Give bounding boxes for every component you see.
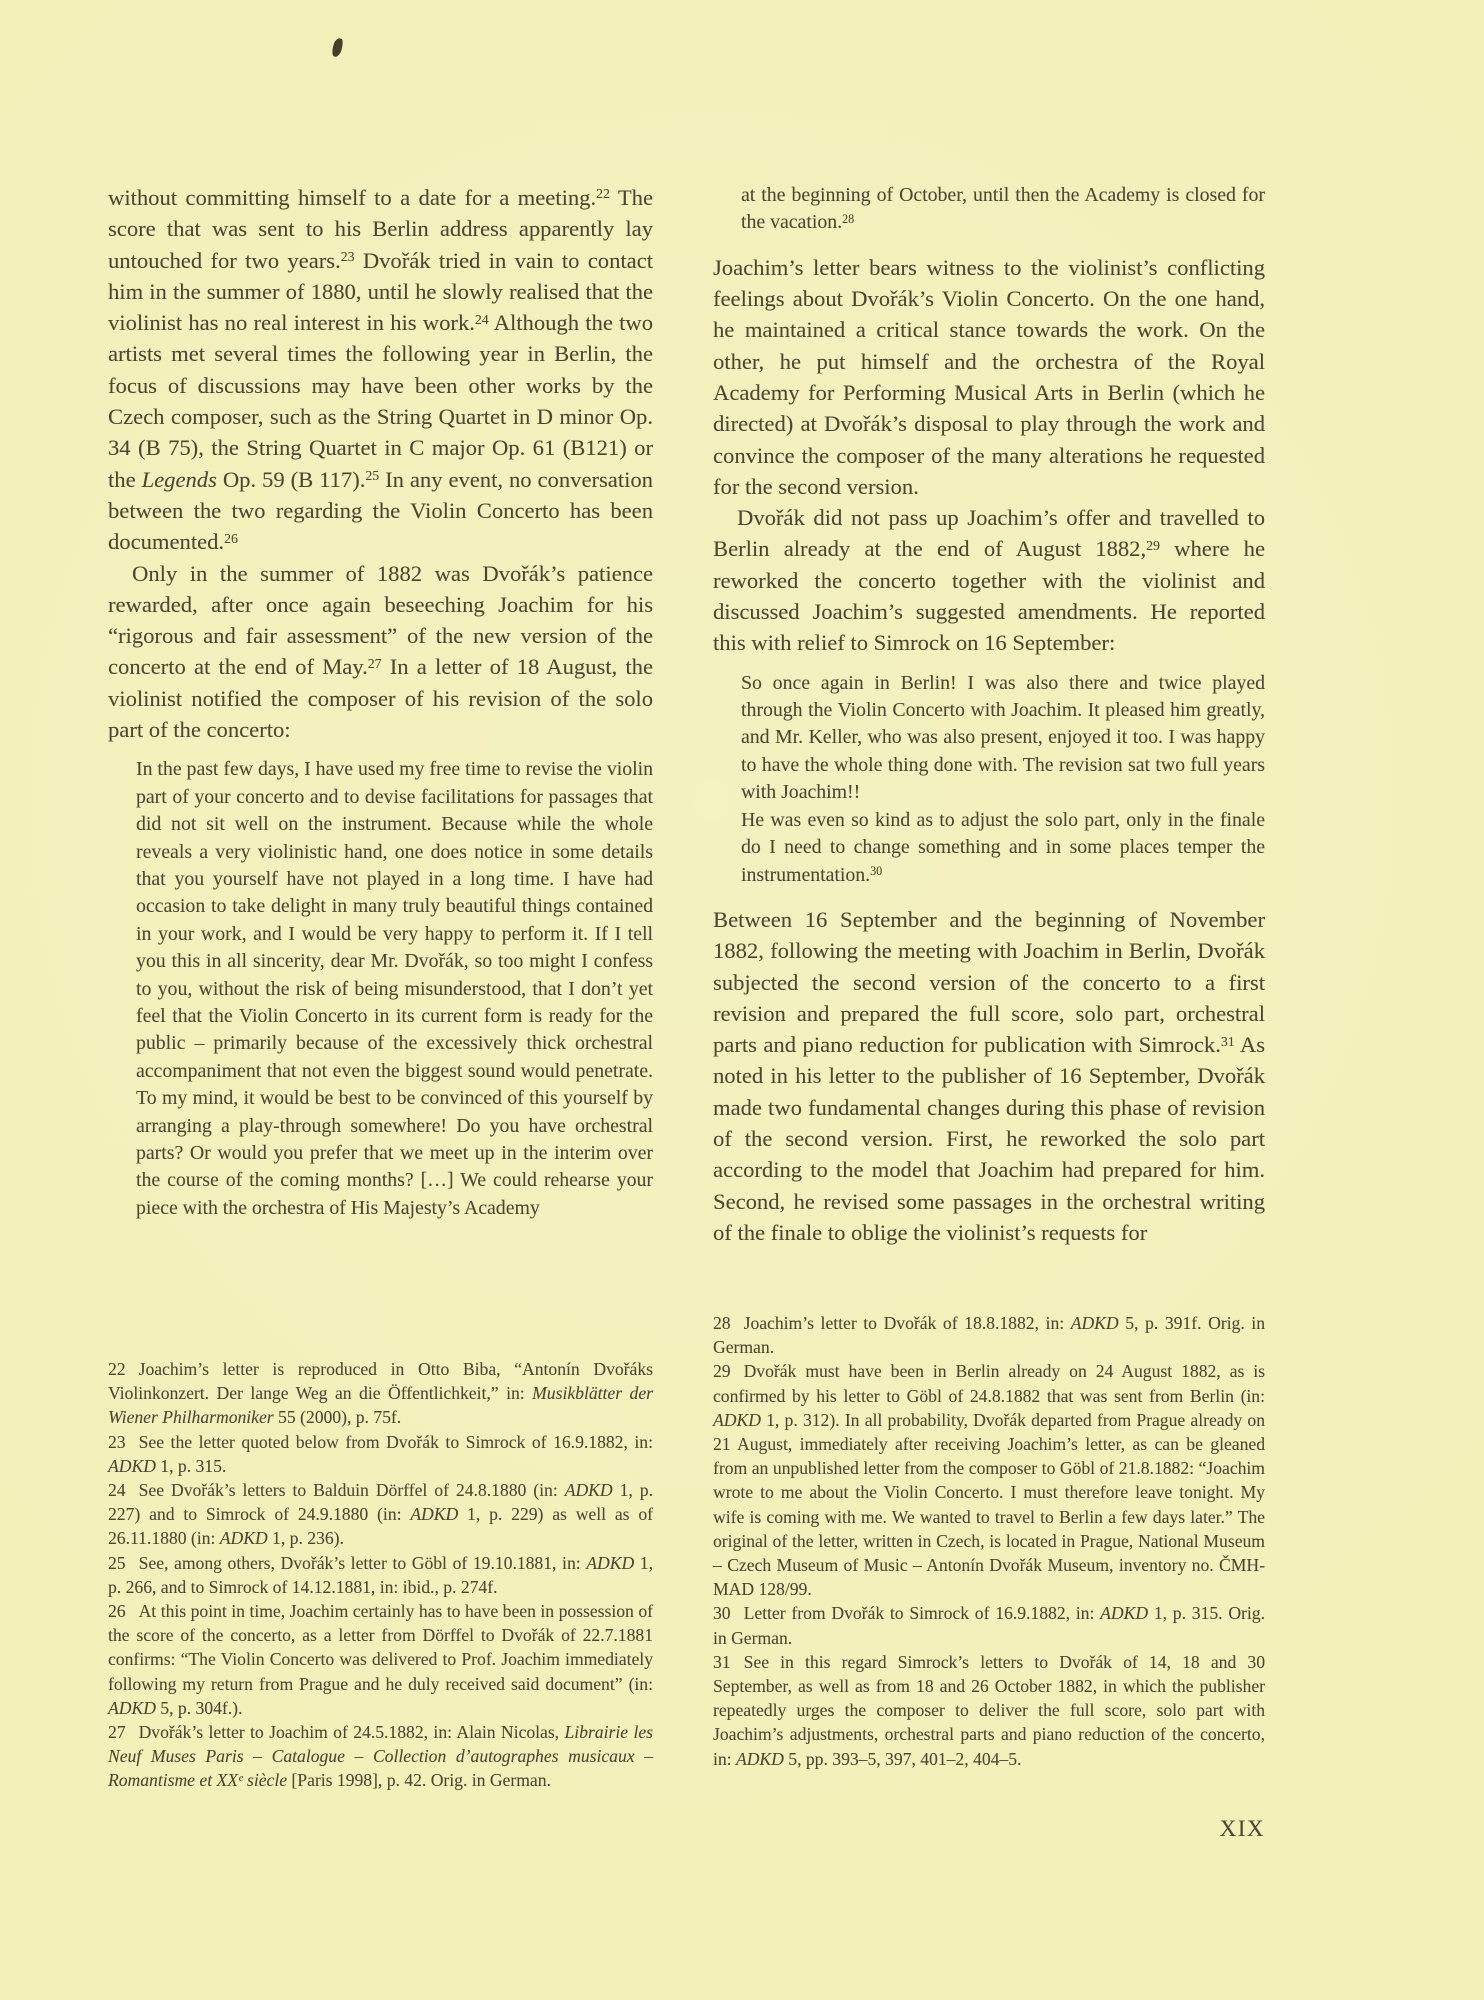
text-column-right: at the beginning of October, until then … [713, 182, 1265, 1248]
ink-speck-mark [331, 37, 345, 58]
page-number: XIX [713, 1816, 1265, 1842]
footnote-number: 22 [108, 1359, 126, 1379]
footnote-ref: 28 [842, 212, 854, 226]
text-run: ADKD [586, 1553, 634, 1573]
footnote-number: 31 [713, 1652, 731, 1672]
text-run: 5, p. 304f.). [156, 1698, 243, 1718]
text-run: Op. 59 (B 117). [217, 467, 366, 492]
paragraph: Dvořák did not pass up Joachim’s offer a… [713, 502, 1265, 658]
footnote-ref: 24 [475, 312, 489, 327]
text-column-left: without committing himself to a date for… [108, 182, 653, 1237]
text-run: Although the two artists met several tim… [108, 310, 653, 491]
footnote: 28Joachim’s letter to Dvořák of 18.8.188… [713, 1311, 1265, 1359]
footnotes-left: 22Joachim’s letter is reproduced in Otto… [108, 1357, 653, 1793]
text-run: 1, p. 312). In all probability, Dvořák d… [713, 1410, 1265, 1599]
footnote-number: 23 [108, 1432, 126, 1452]
text-run: Joachim’s letter to Dvořák of 18.8.1882,… [744, 1313, 1071, 1333]
block-quote: He was even so kind as to adjust the sol… [713, 807, 1265, 889]
text-run: [Paris 1998], p. 42. Orig. in German. [287, 1770, 551, 1790]
footnote-ref: 27 [368, 656, 382, 671]
footnote-ref: 23 [341, 249, 355, 264]
text-run: 5, pp. 393–5, 397, 401–2, 404–5. [784, 1749, 1022, 1769]
footnote: 23See the letter quoted below from Dvořá… [108, 1430, 653, 1478]
footnote: 22Joachim’s letter is reproduced in Otto… [108, 1357, 653, 1430]
text-run: 1, p. 236). [268, 1528, 344, 1548]
footnote-ref: 26 [224, 531, 238, 546]
text-run: See the letter quoted below from Dvořák … [139, 1432, 653, 1452]
text-run: Between 16 September and the beginning o… [713, 907, 1265, 1057]
footnote: 31See in this regard Simrock’s letters t… [713, 1650, 1265, 1771]
footnote: 30Letter from Dvořák to Simrock of 16.9.… [713, 1601, 1265, 1649]
text-run: ADKD [1100, 1603, 1148, 1623]
footnote: 27Dvořák’s letter to Joachim of 24.5.188… [108, 1720, 653, 1793]
footnote-ref: 31 [1221, 1034, 1235, 1049]
block-quote: at the beginning of October, until then … [713, 182, 1265, 237]
footnote-number: 28 [713, 1313, 731, 1333]
text-run: 55 (2000), p. 75f. [274, 1407, 402, 1427]
footnotes-right: 28Joachim’s letter to Dvořák of 18.8.188… [713, 1311, 1265, 1771]
text-run: 1, p. 315. [156, 1456, 226, 1476]
text-run: without committing himself to a date for… [108, 185, 596, 210]
footnote-number: 24 [108, 1480, 126, 1500]
footnote-ref: 22 [596, 186, 610, 201]
paragraph: Joachim’s letter bears witness to the vi… [713, 252, 1265, 502]
footnote-ref: 29 [1146, 538, 1160, 553]
footnote-number: 27 [108, 1722, 126, 1742]
text-run: In the past few days, I have used my fre… [136, 758, 653, 1219]
text-run: Joachim’s letter bears witness to the vi… [713, 255, 1265, 499]
text-run: See, among others, Dvořák’s letter to Gö… [139, 1553, 587, 1573]
footnote-number: 26 [108, 1601, 126, 1621]
footnote: 25See, among others, Dvořák’s letter to … [108, 1551, 653, 1599]
footnote-number: 25 [108, 1553, 126, 1573]
footnote-ref: 25 [365, 468, 379, 483]
text-run: at the beginning of October, until then … [741, 184, 1265, 233]
text-run: See Dvořák’s letters to Balduin Dörffel … [139, 1480, 565, 1500]
footnote: 24See Dvořák’s letters to Balduin Dörffe… [108, 1478, 653, 1551]
paragraph: Only in the summer of 1882 was Dvořák’s … [108, 558, 653, 746]
text-run: ADKD [220, 1528, 268, 1548]
paragraph: without committing himself to a date for… [108, 182, 653, 558]
book-page: without committing himself to a date for… [0, 0, 1484, 2000]
text-run: ADKD [1071, 1313, 1119, 1333]
paragraph: Between 16 September and the beginning o… [713, 904, 1265, 1248]
text-run: Legends [142, 467, 217, 492]
text-run: ADKD [410, 1504, 458, 1524]
text-run: So once again in Berlin! I was also ther… [741, 672, 1265, 804]
text-run: Dvořák must have been in Berlin already … [713, 1361, 1265, 1405]
block-quote: So once again in Berlin! I was also ther… [713, 670, 1265, 807]
text-run: ADKD [108, 1698, 156, 1718]
footnote-number: 30 [713, 1603, 731, 1623]
block-quote: In the past few days, I have used my fre… [108, 756, 653, 1222]
text-run: ADKD [736, 1749, 784, 1769]
text-run: ADKD [565, 1480, 613, 1500]
footnote-ref: 30 [870, 864, 882, 878]
text-run: As noted in his letter to the publisher … [713, 1032, 1265, 1245]
text-run: He was even so kind as to adjust the sol… [741, 809, 1265, 886]
footnote: 29Dvořák must have been in Berlin alread… [713, 1359, 1265, 1601]
footnote-number: 29 [713, 1361, 731, 1381]
text-run: At this point in time, Joachim certainly… [108, 1601, 653, 1694]
text-run: ADKD [713, 1410, 761, 1430]
text-run: Letter from Dvořák to Simrock of 16.9.18… [744, 1603, 1101, 1623]
text-run: ADKD [108, 1456, 156, 1476]
footnote: 26At this point in time, Joachim certain… [108, 1599, 653, 1720]
text-run: Dvořák’s letter to Joachim of 24.5.1882,… [139, 1722, 565, 1742]
